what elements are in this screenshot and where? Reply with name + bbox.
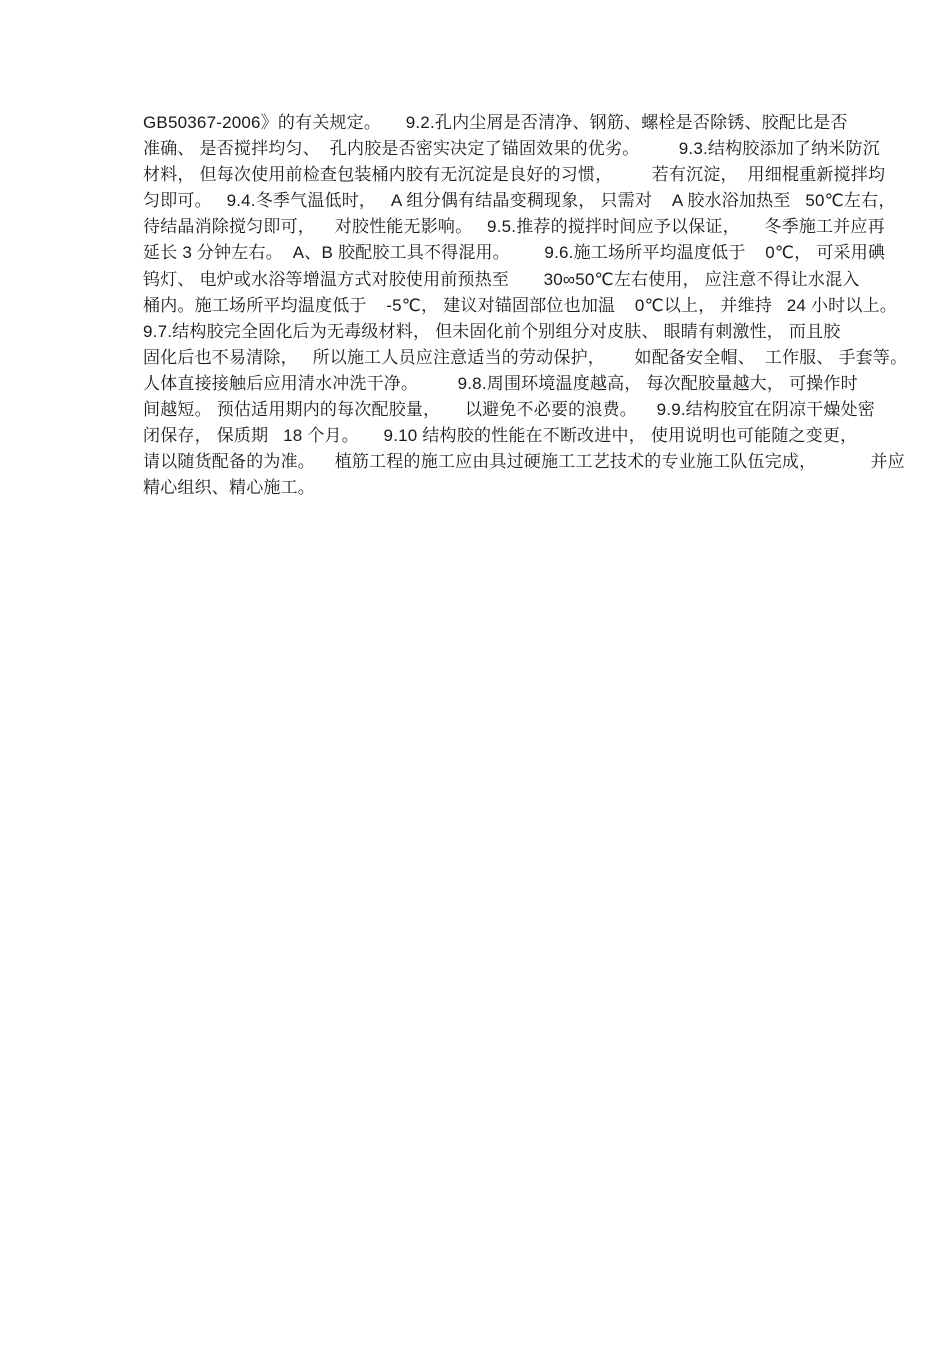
text-line: 固化后也不易清除， 所以施工人员应注意适当的劳动保护， 如配备安全帽、 工作服、…: [143, 345, 833, 371]
text-line: GB50367-2006》的有关规定。 9.2.孔内尘屑是否清净、钢筋、螺栓是否…: [143, 110, 833, 136]
document-text-block: GB50367-2006》的有关规定。 9.2.孔内尘屑是否清净、钢筋、螺栓是否…: [143, 110, 833, 501]
text-line: 间越短。 预估适用期内的每次配胶量， 以避免不必要的浪费。 9.9.结构胶宜在阴…: [143, 397, 833, 423]
text-line: 9.7.结构胶完全固化后为无毒级材料， 但未固化前个别组分对皮肤、 眼睛有刺激性…: [143, 319, 833, 345]
text-line: 桶内。施工场所平均温度低于 -5℃， 建议对锚固部位也加温 0℃以上， 并维持 …: [143, 293, 833, 319]
text-line: 延长 3 分钟左右。 A、B 胶配胶工具不得混用。 9.6.施工场所平均温度低于…: [143, 240, 833, 266]
document-page: GB50367-2006》的有关规定。 9.2.孔内尘屑是否清净、钢筋、螺栓是否…: [0, 0, 950, 1345]
text-line: 人体直接接触后应用清水冲洗干净。 9.8.周围环境温度越高， 每次配胶量越大， …: [143, 371, 833, 397]
text-line: 匀即可。 9.4.冬季气温低时， A 组分偶有结晶变稠现象， 只需对 A 胶水浴…: [143, 188, 833, 214]
text-line: 准确、 是否搅拌均匀、 孔内胶是否密实决定了锚固效果的优劣。 9.3.结构胶添加…: [143, 136, 833, 162]
text-line: 材料， 但每次使用前检查包装桶内胶有无沉淀是良好的习惯， 若有沉淀， 用细棍重新…: [143, 162, 833, 188]
text-line: 精心组织、精心施工。: [143, 475, 833, 501]
text-line: 请以随货配备的为准。 植筋工程的施工应由具过硬施工工艺技术的专业施工队伍完成， …: [143, 449, 833, 475]
text-line: 钨灯、 电炉或水浴等增温方式对胶使用前预热至 30∞50℃左右使用， 应注意不得…: [143, 267, 833, 293]
text-line: 待结晶消除搅匀即可， 对胶性能无影响。 9.5.推荐的搅拌时间应予以保证， 冬季…: [143, 214, 833, 240]
text-line: 闭保存， 保质期 18 个月。 9.10 结构胶的性能在不断改进中， 使用说明也…: [143, 423, 833, 449]
